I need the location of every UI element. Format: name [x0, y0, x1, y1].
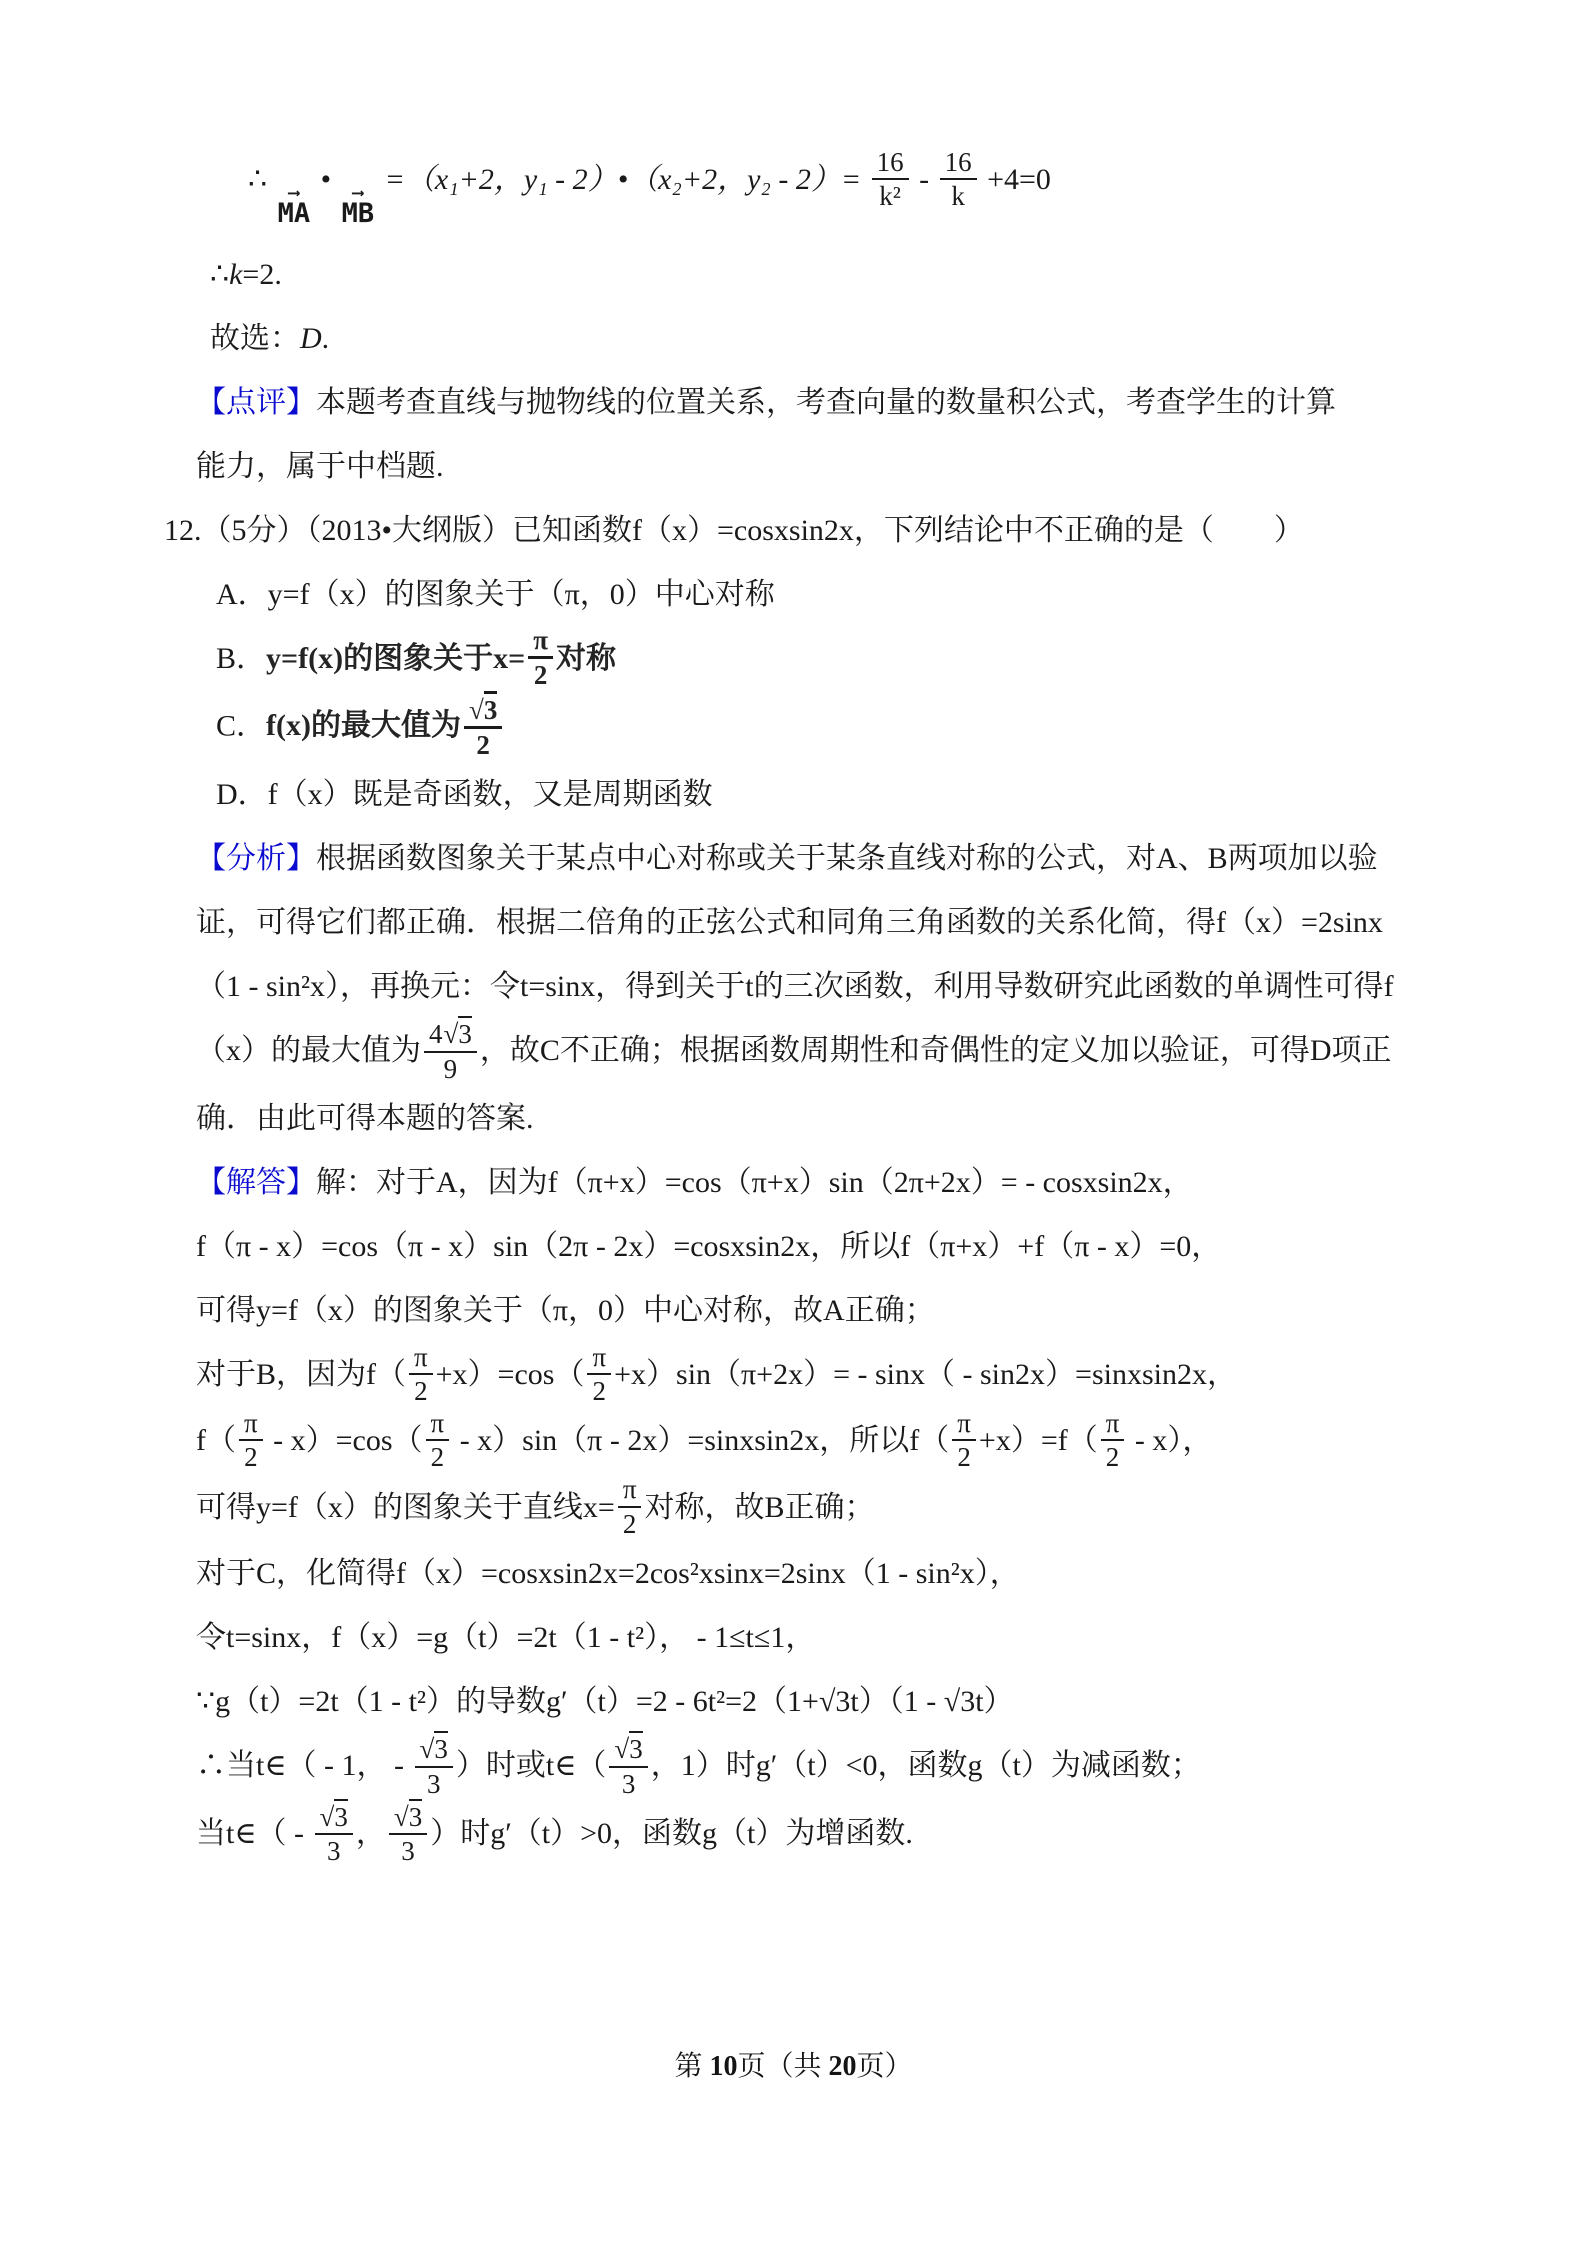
formula-line: ∴ ⟶MA • ⟶MB =（x₁+2，y₁ - 2）•（x₂+2，y₂ - 2）… — [196, 148, 1411, 227]
fraction-denominator: 2 — [623, 1508, 637, 1539]
comment-paragraph: 【点评】本题考查直线与抛物线的位置关系，考查向量的数量积公式，考查学生的计算能力… — [196, 371, 1356, 499]
option-a: A．y=f（x）的图象关于（π，0）中心对称 — [216, 563, 1411, 627]
choice-letter: D — [300, 322, 322, 355]
dot-operator: • — [321, 163, 332, 196]
solution-line-8: 令t=sinx，f（x）=g（t）=2t（1 - t²）， - 1≤t≤1， — [196, 1606, 1411, 1670]
radicand: 3 — [409, 1799, 423, 1832]
radicand: 3 — [629, 1731, 643, 1764]
fraction-numerator: √3 — [315, 1799, 353, 1835]
option-b-label: B． — [216, 642, 266, 675]
solution-line-7: 对于C，化简得f（x）=cosxsin2x=2cos²xsinx=2sinx（1… — [196, 1542, 1411, 1606]
fraction-pi-over-2: π2 — [528, 625, 553, 690]
fraction-numerator: π — [587, 1342, 611, 1375]
answer-choice-line: 故选：D. — [196, 307, 1411, 371]
fraction-denominator: 3 — [401, 1835, 415, 1866]
fraction-numerator: π — [409, 1342, 433, 1375]
radicand: 3 — [434, 1731, 448, 1764]
vector-ma: ⟶MA — [278, 187, 311, 227]
fraction-numerator: 16 — [940, 147, 977, 180]
fraction-denominator: 2 — [957, 1441, 971, 1472]
solution-line-10: ∴当t∈（ - 1， - √33）时或t∈（√33，1）时g′（t）<0，函数g… — [196, 1734, 1411, 1802]
fraction-pi-over-2: π2 — [426, 1408, 450, 1472]
fraction-16-over-k: 16k — [940, 147, 977, 211]
fraction-denominator: 2 — [593, 1375, 607, 1406]
fraction-numerator: π — [528, 625, 553, 659]
fraction-denominator: 2 — [1106, 1441, 1120, 1472]
fraction-denominator: 2 — [534, 659, 548, 690]
radical-sign: √ — [444, 1019, 459, 1049]
fraction-denominator: 2 — [414, 1375, 428, 1406]
choice-period: . — [322, 322, 330, 355]
radicand: 3 — [484, 691, 498, 725]
radicand: 3 — [334, 1799, 348, 1832]
page-content: ∴ ⟶MA • ⟶MB =（x₁+2，y₁ - 2）•（x₂+2，y₂ - 2）… — [196, 148, 1411, 1870]
fraction-sqrt3-over-2: √32 — [464, 691, 502, 760]
solution-text: ，1）时g′（t）<0，函数g（t）为减函数； — [651, 1749, 1201, 1782]
fraction-pi-over-2: π2 — [618, 1474, 642, 1538]
fraction-denominator: 2 — [431, 1441, 445, 1472]
solution-text: ∴当t∈（ - 1， - — [196, 1749, 412, 1782]
solution-label: 【解答】 — [196, 1166, 316, 1199]
fraction-denominator: 3 — [622, 1768, 636, 1799]
coefficient: 4 — [429, 1019, 443, 1049]
formula-mid-text: =（x₁+2，y₁ - 2）•（x₂+2，y₂ - 2）= — [385, 163, 861, 196]
fraction-numerator: 16 — [872, 147, 909, 180]
solution-text: ， — [356, 1817, 386, 1850]
radical-sign: √ — [469, 695, 484, 725]
page-footer: 第 10页（共 20页） — [0, 2044, 1587, 2084]
fraction-denominator: 9 — [444, 1053, 458, 1084]
solution-line-6: 可得y=f（x）的图象关于直线x=π2对称，故B正确； — [196, 1476, 1411, 1542]
fraction-numerator: π — [1101, 1408, 1125, 1441]
fraction-denominator: 3 — [427, 1768, 441, 1799]
footer-text: 页（共 — [737, 2051, 828, 2082]
fraction-sqrt3-over-3: √33 — [415, 1731, 453, 1798]
fraction-pi-over-2: π2 — [239, 1408, 263, 1472]
k-value-line: ∴k=2. — [196, 243, 1411, 307]
comment-text: 本题考查直线与抛物线的位置关系，考查向量的数量积公式，考查学生的计算能力，属于中… — [196, 386, 1336, 483]
solution-text: 当t∈（ - — [196, 1817, 312, 1850]
fraction-numerator: π — [426, 1408, 450, 1441]
fraction-numerator: √3 — [464, 691, 502, 729]
solution-text: - x）sin（π - 2x）=sinxsin2x，所以f（ — [452, 1424, 949, 1457]
fraction-pi-over-2: π2 — [587, 1342, 611, 1406]
solution-line-11: 当t∈（ - √33，√33）时g′（t）>0，函数g（t）为增函数. — [196, 1802, 1411, 1870]
option-b-post: 对称 — [556, 642, 616, 675]
choice-prefix: 故选： — [210, 322, 300, 355]
radicand: 3 — [458, 1016, 472, 1049]
therefore-symbol: ∴ — [210, 258, 229, 291]
therefore-symbol: ∴ — [248, 163, 267, 196]
vector-mb-label: MB — [342, 200, 375, 227]
minus-sign: - — [919, 163, 929, 196]
fraction-sqrt3-over-3: √33 — [609, 1731, 647, 1798]
fraction-denominator: 2 — [244, 1441, 258, 1472]
solution-line-9: ∵g（t）=2t（1 - t²）的导数g′（t）=2 - 6t²=2（1+√3t… — [196, 1670, 1411, 1734]
option-c-pre: f(x)的最大值为 — [266, 709, 461, 742]
solution-text: 可得y=f（x）的图象关于直线x= — [196, 1491, 615, 1524]
fraction-denominator: k — [951, 180, 965, 211]
analysis-label: 【分析】 — [196, 842, 316, 875]
fraction-4sqrt3-over-9: 4√39 — [424, 1016, 477, 1083]
vector-ma-label: MA — [278, 200, 311, 227]
document-page: ∴ ⟶MA • ⟶MB =（x₁+2，y₁ - 2）•（x₂+2，y₂ - 2）… — [0, 0, 1587, 2245]
footer-text: 页） — [857, 2051, 913, 2082]
option-c-label: C． — [216, 709, 266, 742]
fraction-denominator: 3 — [327, 1835, 341, 1866]
analysis-paragraph: 【分析】根据函数图象关于某点中心对称或关于某条直线对称的公式，对A、B两项加以验… — [196, 827, 1411, 1151]
option-b-pre: y=f(x)的图象关于x= — [266, 642, 525, 675]
k-value-text: =2. — [242, 258, 281, 291]
fraction-denominator: 2 — [476, 729, 490, 760]
solution-line-2: f（π - x）=cos（π - x）sin（2π - 2x）=cosxsin2… — [196, 1215, 1411, 1279]
solution-line-1: 【解答】解：对于A，因为f（π+x）=cos（π+x）sin（2π+2x）= -… — [196, 1151, 1411, 1215]
fraction-pi-over-2: π2 — [1101, 1408, 1125, 1472]
variable-k: k — [229, 258, 242, 291]
solution-text: ）时g′（t）>0，函数g（t）为增函数. — [430, 1817, 913, 1850]
question-12-stem: 12.（5分）（2013•大纲版）已知函数f（x）=cosxsin2x，下列结论… — [164, 499, 1411, 563]
fraction-pi-over-2: π2 — [409, 1342, 433, 1406]
solution-text: +x）=cos（ — [436, 1358, 585, 1391]
solution-text: 对称，故B正确； — [644, 1491, 874, 1524]
solution-text: - x）=cos（ — [266, 1424, 423, 1457]
fraction-pi-over-2: π2 — [952, 1408, 976, 1472]
fraction-denominator: k² — [879, 180, 901, 211]
solution-text: ）时或t∈（ — [456, 1749, 607, 1782]
radical-sign: √ — [320, 1802, 335, 1832]
option-c-formula: f(x)的最大值为√32 — [266, 709, 505, 742]
option-d: D．f（x）既是奇函数，又是周期函数 — [216, 763, 1411, 827]
fraction-sqrt3-over-3: √33 — [315, 1799, 353, 1866]
fraction-numerator: √3 — [415, 1731, 453, 1767]
solution-text: 解：对于A，因为f（π+x）=cos（π+x）sin（2π+2x）= - cos… — [316, 1166, 1193, 1199]
fraction-numerator: 4√3 — [424, 1016, 477, 1052]
vector-mb: ⟶MB — [342, 187, 375, 227]
fraction-numerator: π — [618, 1474, 642, 1507]
radical-sign: √ — [420, 1734, 435, 1764]
solution-line-5: f（π2 - x）=cos（π2 - x）sin（π - 2x）=sinxsin… — [196, 1409, 1411, 1475]
page-number-current: 10 — [709, 2051, 737, 2082]
radical-sign: √ — [614, 1734, 629, 1764]
solution-text: +x）=f（ — [979, 1424, 1098, 1457]
fraction-numerator: √3 — [389, 1799, 427, 1835]
option-b: B．y=f(x)的图象关于x=π2对称 — [216, 627, 1411, 694]
radical-sign: √ — [394, 1802, 409, 1832]
option-b-formula: y=f(x)的图象关于x=π2对称 — [266, 642, 616, 675]
page-number-total: 20 — [829, 2051, 857, 2082]
fraction-16-over-k2: 16k² — [872, 147, 909, 211]
solution-line-4: 对于B，因为f（π2+x）=cos（π2+x）sin（π+2x）= - sinx… — [196, 1343, 1411, 1409]
footer-text: 第 — [674, 2051, 709, 2082]
fraction-numerator: √3 — [609, 1731, 647, 1767]
fraction-numerator: π — [952, 1408, 976, 1441]
solution-text: +x）sin（π+2x）= - sinx（ - sin2x）=sinxsin2x… — [614, 1358, 1237, 1391]
formula-tail-text: +4=0 — [987, 163, 1051, 196]
comment-label: 【点评】 — [196, 386, 316, 419]
solution-text: 对于B，因为f（ — [196, 1358, 406, 1391]
solution-text: f（ — [196, 1424, 236, 1457]
solution-text: - x）， — [1127, 1424, 1212, 1457]
fraction-numerator: π — [239, 1408, 263, 1441]
option-c: C．f(x)的最大值为√32 — [216, 694, 1411, 763]
fraction-sqrt3-over-3: √33 — [389, 1799, 427, 1866]
solution-line-3: 可得y=f（x）的图象关于（π，0）中心对称，故A正确； — [196, 1279, 1411, 1343]
